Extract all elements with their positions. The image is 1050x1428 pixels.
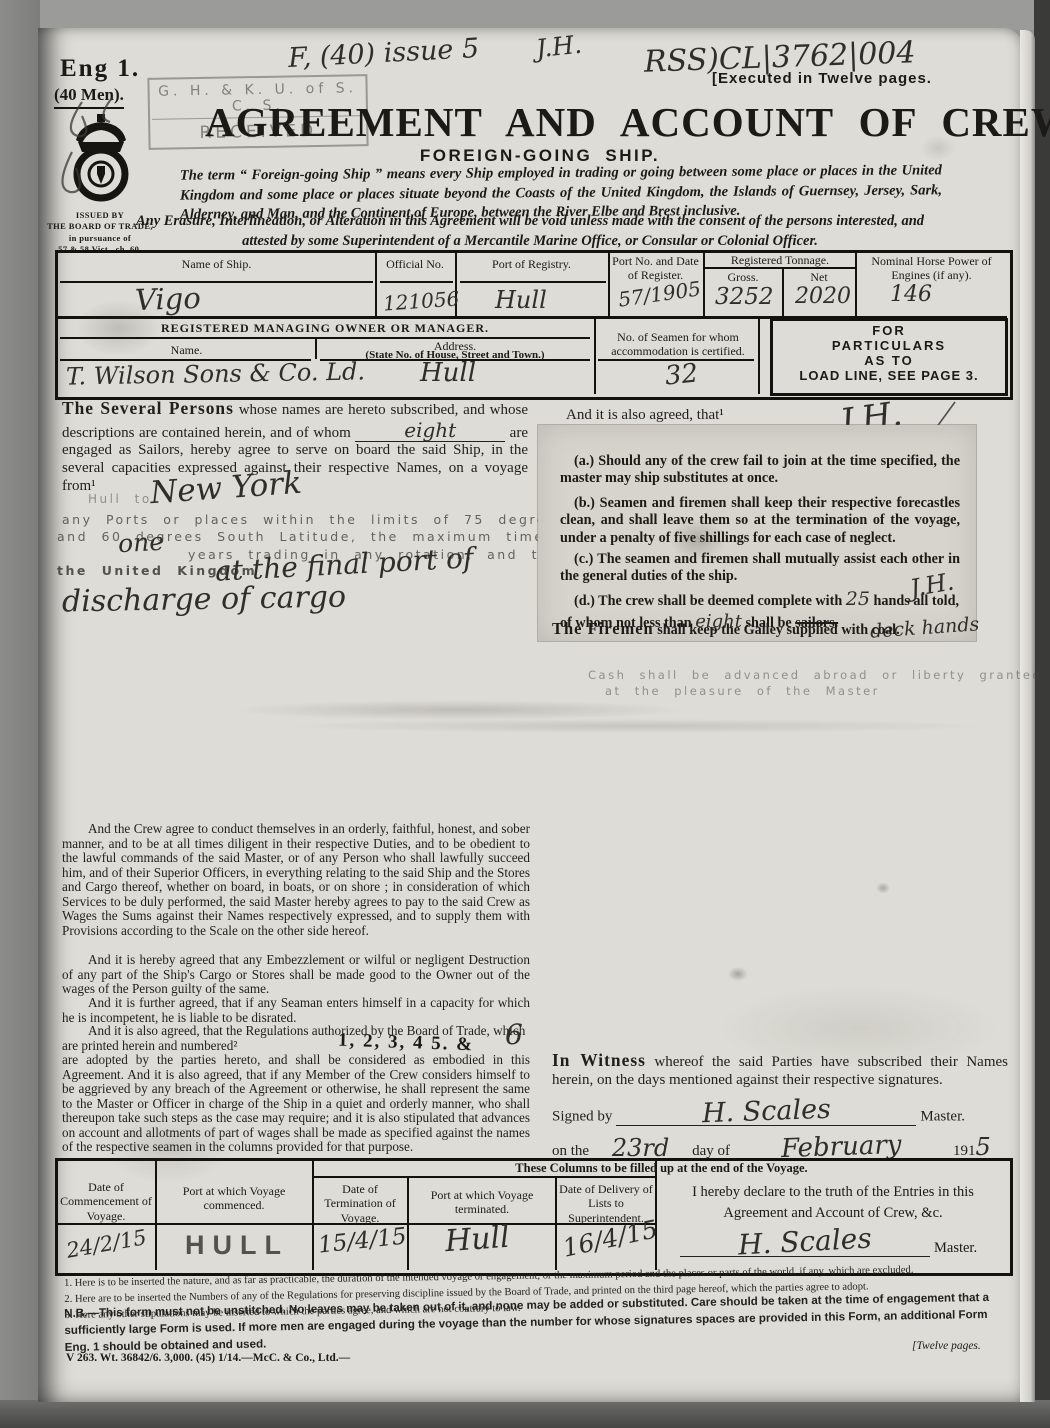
witness-gothic: In Witness: [552, 1050, 646, 1070]
loadline-line2: PARTICULARS: [773, 338, 1005, 353]
port-of-registry-value: Hull: [495, 286, 547, 314]
voyage-duration-hand: one: [117, 527, 164, 558]
cash-stamp-line2: at the pleasure of the Master: [605, 684, 880, 698]
crew-count-insert: eight: [404, 418, 456, 442]
loadline-line4: LOAD LINE, SEE PAGE 3.: [773, 368, 1005, 383]
col-official-no: Official No.: [377, 257, 453, 271]
date-signed-row: on the 23rd day of February 1915: [552, 1133, 1012, 1161]
clauses-slip: (a.) Should any of the crew fail to join…: [538, 425, 976, 641]
owner-name-value: T. Wilson Sons & Co. Ld.: [66, 357, 366, 390]
clause-a: (a.) Should any of the crew fail to join…: [560, 453, 960, 488]
day-of-label: day of: [692, 1143, 730, 1159]
port-terminated-value: Hull: [444, 1220, 511, 1259]
disrated-paragraph: And it is further agreed, that if any Se…: [62, 996, 530, 1025]
on-the-label: on the: [552, 1143, 589, 1159]
witness-paragraph: In Witness whereof the said Parties have…: [552, 1050, 1008, 1089]
ink-flourish-icon: [52, 92, 142, 227]
twelve-pages-note: [Twelve pages.: [912, 1340, 981, 1352]
handwritten-initials: J.H.: [535, 30, 584, 64]
col-termination: Date of Termination of Voyage.: [314, 1182, 406, 1225]
form-code: Eng 1.: [60, 55, 140, 83]
seamen-certified-label: No. of Seamen for whom accommodation is …: [600, 330, 756, 359]
alteration-warning: Any Erasure, Interlineation, or Alterati…: [130, 212, 930, 251]
owner-name-label: Name.: [60, 343, 313, 357]
col-port-commenced: Port at which Voyage commenced.: [158, 1184, 310, 1213]
voyage-end-hand-2: discharge of cargo: [62, 580, 347, 620]
port-commenced-stamp: HULL: [185, 1230, 289, 1261]
executed-note: [Executed in Twelve pages.: [712, 70, 932, 87]
scanned-document: Eng 1. (40 Men). ISSUED BY THE BOARD OF …: [0, 0, 1050, 1428]
loadline-line3: AS TO: [773, 353, 1005, 368]
scan-background-right: [1034, 0, 1050, 1428]
firemen-gothic: The Firemen: [552, 619, 654, 638]
crew-count-blank: eight: [355, 420, 505, 442]
loadline-line1: FOR: [773, 323, 1005, 338]
scan-background-left: [0, 0, 40, 1428]
cash-stamp-line1: Cash shall be advanced abroad or liberty…: [588, 668, 1042, 682]
clause-c: (c.) The seamen and firemen shall mutual…: [560, 551, 960, 586]
document-title: AGREEMENT AND ACCOUNT OF CREW.: [205, 98, 1050, 146]
scan-background-top: [0, 0, 1050, 30]
ship-name-value: Vigo: [134, 281, 201, 317]
col-net: Net: [784, 270, 854, 284]
page-fore-edge: [1020, 30, 1035, 1402]
declaration-signature-row: H. Scales Master.: [680, 1228, 1000, 1257]
regulations-hand-number: 6: [505, 1018, 523, 1051]
declaration-master-label: Master.: [934, 1240, 977, 1256]
col-gross: Gross.: [705, 270, 781, 284]
clause-b: (b.) Seamen and firemen shall keep their…: [560, 495, 960, 547]
firemen-text: shall keep the Galley supplied with coal…: [654, 622, 900, 638]
adopted-paragraph: are adopted by the parties hereto, and s…: [62, 1053, 530, 1155]
declaration-text: I hereby declare to the truth of the Ent…: [665, 1182, 1001, 1224]
clause-d-hands-insert: 25: [846, 588, 870, 610]
col-port-terminated: Port at which Voyage terminated.: [410, 1188, 554, 1217]
year-hand: 5: [975, 1133, 990, 1161]
printer-imprint: V 263. Wt. 36842/6. 3,000. (45) 1/14.—Mc…: [66, 1352, 350, 1364]
signed-by-row: Signed by H. Scales Master.: [552, 1098, 1012, 1126]
col-port-of-registry: Port of Registry.: [457, 257, 606, 271]
firemen-line: The Firemen shall keep the Galley suppli…: [552, 619, 962, 639]
master-signature: H. Scales: [702, 1096, 832, 1127]
declaration-signature-line: H. Scales: [680, 1228, 930, 1257]
declaration-line2: Agreement and Account of Crew, &c.: [665, 1203, 1001, 1224]
master-signature-line: H. Scales: [616, 1098, 916, 1126]
signed-by-label: Signed by: [552, 1108, 612, 1124]
voyage-from-stamp: Hull to: [88, 492, 152, 506]
also-agreed-lead: And it is also agreed, that¹: [566, 407, 724, 425]
net-tonnage-value: 2020: [795, 284, 851, 309]
master-label: Master.: [920, 1108, 965, 1124]
day-value: 23rd: [612, 1136, 669, 1160]
col-registered-tonnage: Registered Tonnage.: [705, 253, 855, 267]
col-horse-power: Nominal Horse Power of Engines (if any).: [858, 254, 1005, 283]
fill-at-end-header: These Columns to be filled up at the end…: [314, 1161, 1009, 1176]
seamen-certified-value: 32: [664, 358, 700, 391]
declaration-line1: I hereby declare to the truth of the Ent…: [665, 1182, 1001, 1203]
loadline-note: FOR PARTICULARS AS TO LOAD LINE, SEE PAG…: [770, 318, 1008, 396]
col-commencement: Date of Commencement of Voyage.: [58, 1180, 154, 1223]
conduct-paragraph: And the Crew agree to conduct themselves…: [62, 822, 530, 938]
declaration-signature: H. Scales: [738, 1225, 873, 1260]
gross-tonnage-value: 3252: [715, 284, 774, 310]
embezzlement-paragraph: And it is hereby agreed that any Embezzl…: [62, 953, 530, 997]
horse-power-value: 146: [890, 282, 932, 307]
opening-gothic: The Several Persons: [62, 398, 234, 418]
owner-address-value: Hull: [420, 358, 476, 388]
owner-header: REGISTERED MANAGING OWNER OR MANAGER.: [60, 321, 590, 335]
year-prefix: 191: [953, 1143, 976, 1159]
col-name-of-ship: Name of Ship.: [60, 257, 373, 271]
scan-background-bottom: [0, 1400, 1050, 1428]
month-blank: February: [734, 1134, 949, 1161]
clause-d-text-1: (d.) The crew shall be deemed complete w…: [574, 593, 846, 609]
